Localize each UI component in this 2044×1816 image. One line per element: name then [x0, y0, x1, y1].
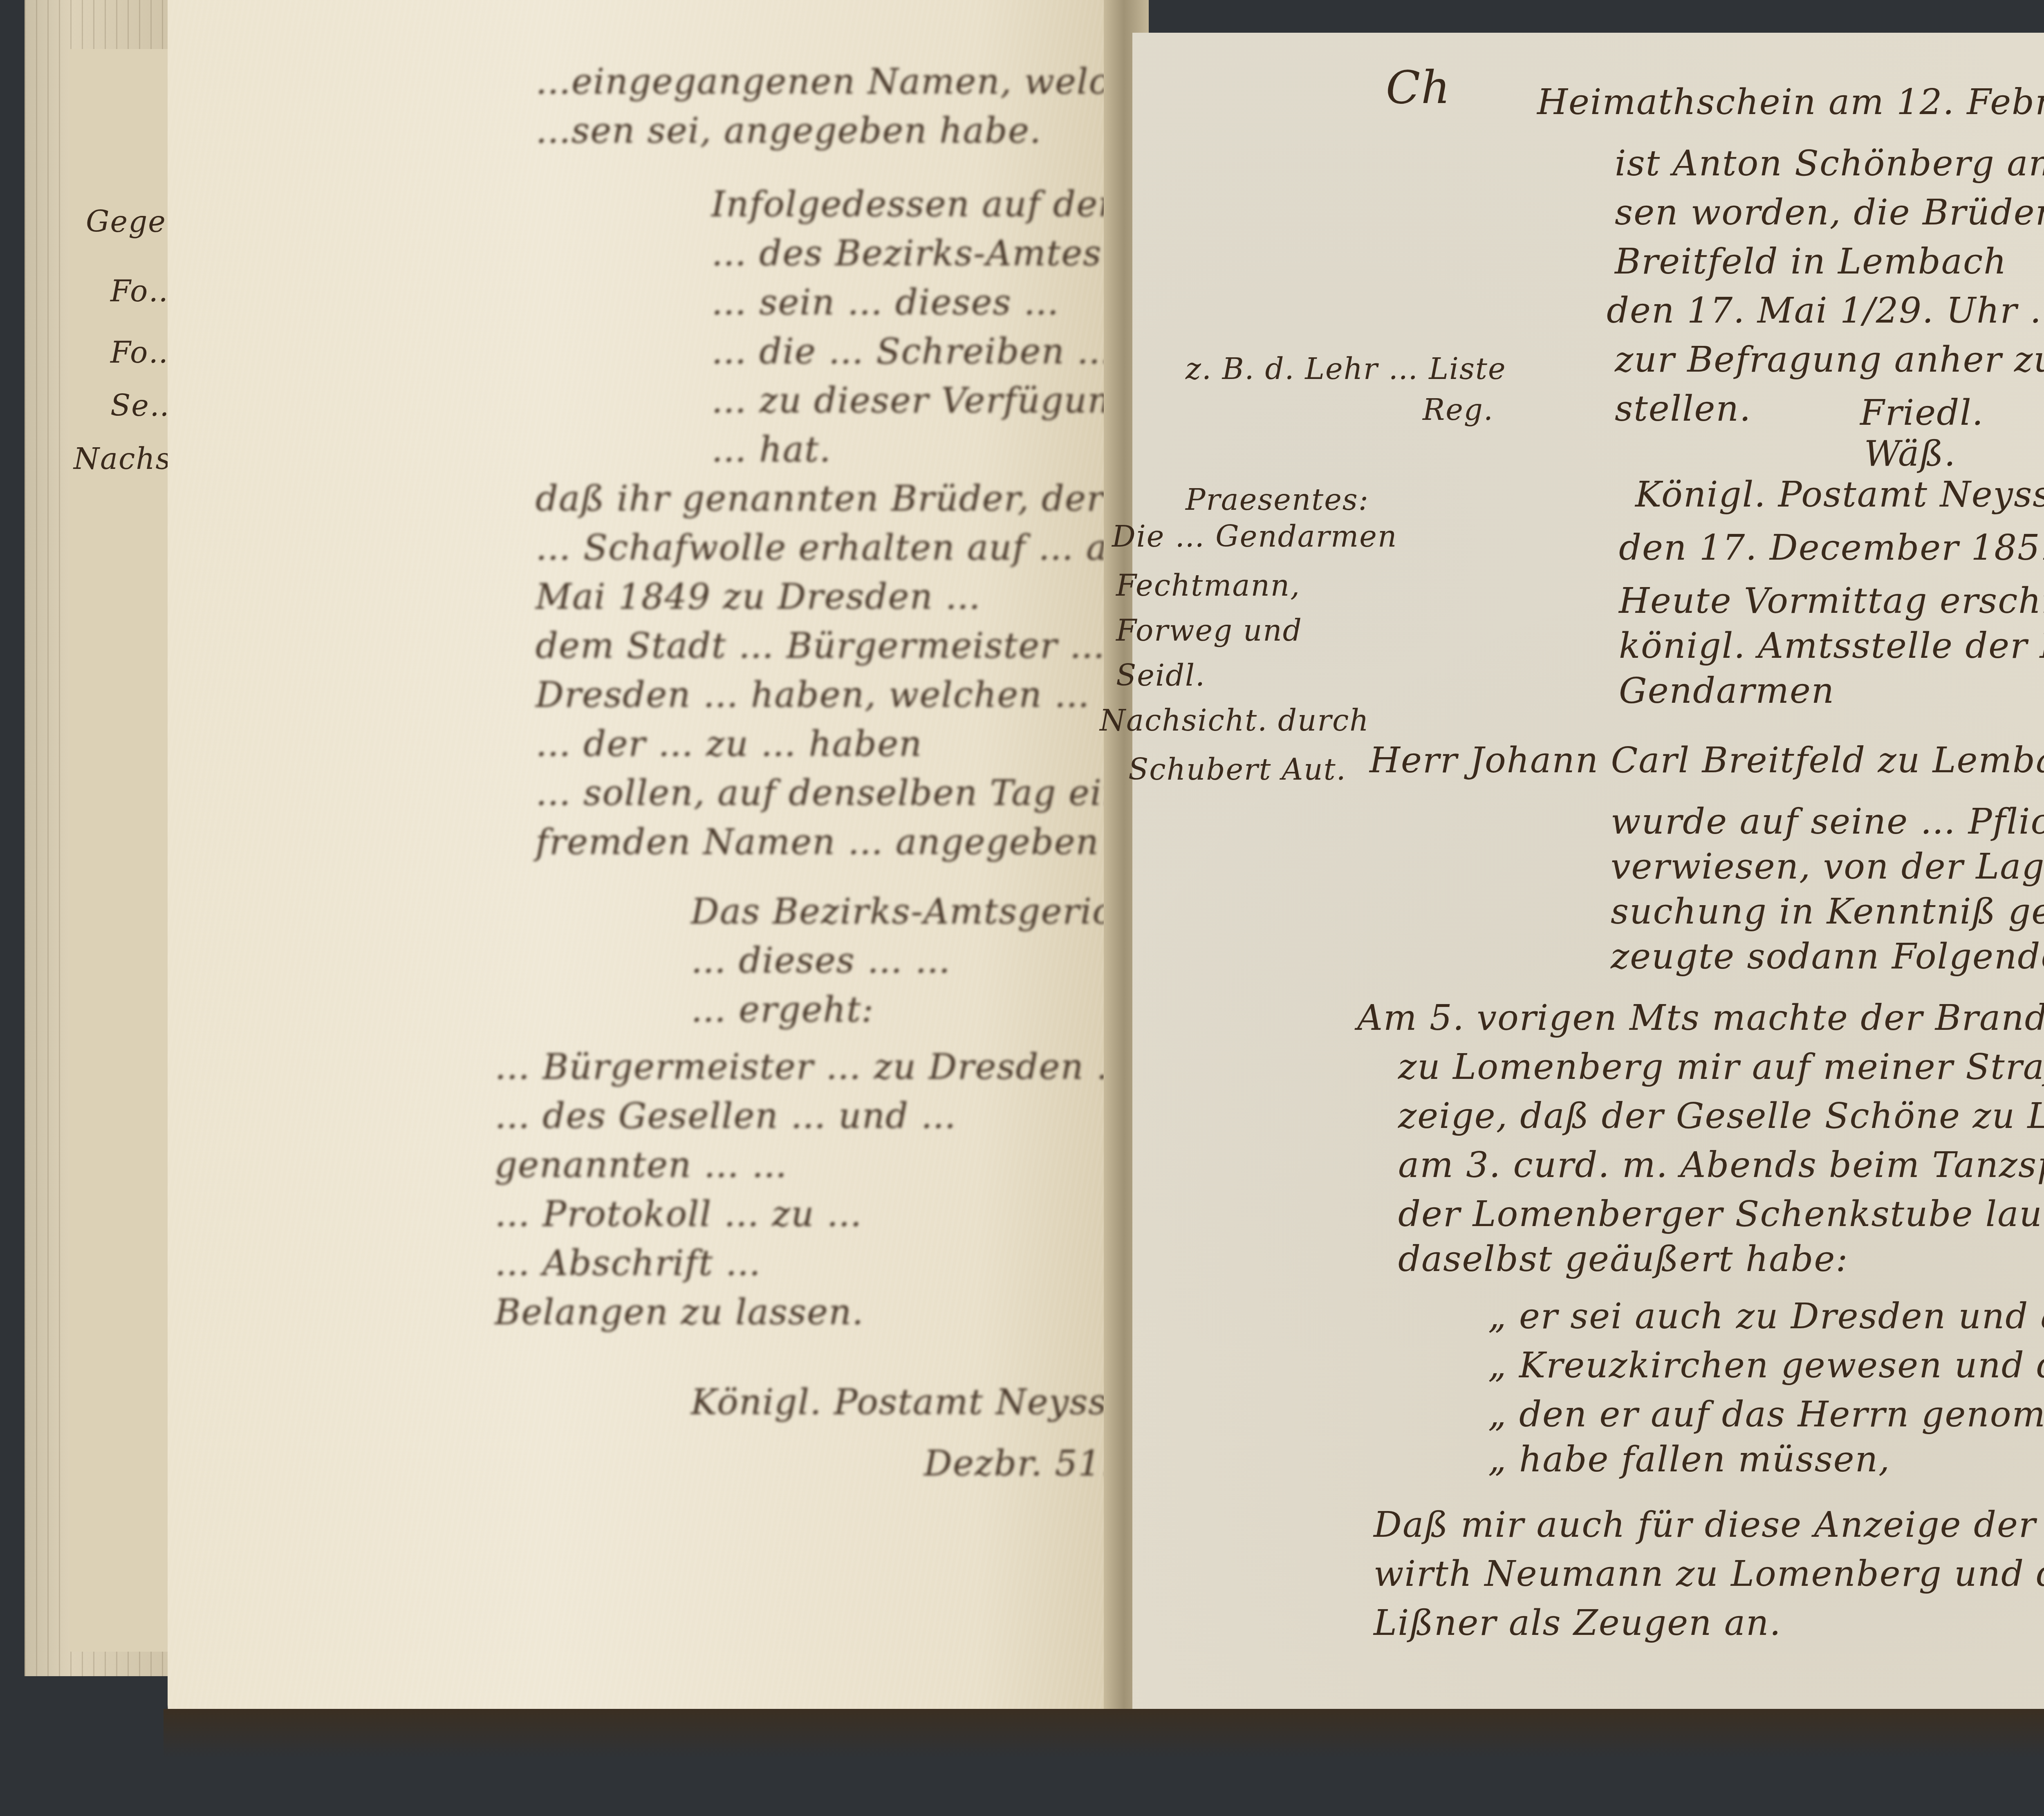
handwritten-line: Königl. Postamt Neysse — [1635, 474, 2044, 515]
handwritten-line: zu Lomenberg mir auf meiner Straße die A… — [1398, 1047, 2044, 1087]
handwritten-line: … dieses … … — [691, 940, 951, 981]
handwritten-line: Heimathschein am 12. Febr: 1851. — [1537, 82, 2044, 123]
handwritten-line: den 17. Mai 1/29. Uhr … — [1607, 290, 2044, 331]
handwritten-line: … Protokoll … zu … — [495, 1194, 863, 1235]
date-line: den 17. December 1851. — [1619, 527, 2044, 568]
handwritten-line: dem Stadt … Bürgermeister … — [536, 626, 1106, 666]
handwritten-line: … sein … dieses … — [711, 282, 1060, 323]
handwritten-line: … Abschrift … — [495, 1243, 762, 1284]
handwritten-line: zeugte sodann Folgendes: — [1611, 936, 2044, 977]
quoted-line: „ Kreuzkirchen gewesen und der Aufst., — [1488, 1345, 2044, 1386]
handwritten-line: Am 5. vorigen Mts machte der Brandenburg… — [1357, 998, 2044, 1038]
handwritten-line: sen worden, die Brüder — [1615, 192, 2044, 233]
handwritten-line: verwiesen, von der Lage dieser Unter- — [1611, 846, 2044, 887]
side-note: Reg. — [1423, 392, 1494, 427]
handwritten-line: … Schafwolle erhalten auf … am … — [536, 527, 1190, 568]
handwritten-line: stellen. — [1615, 388, 1751, 429]
handwritten-line: … die … Schreiben … — [711, 331, 1113, 372]
margin-note: Die … Gendarmen — [1112, 519, 1397, 554]
handwritten-line: Lißner als Zeugen an. — [1374, 1603, 1782, 1643]
handwritten-line: … ergeht: — [691, 989, 874, 1030]
quoted-line: „ er sei auch zu Dresden und auf dem — [1488, 1296, 2044, 1337]
handwritten-line: Herr Johann Carl Breitfeld zu Lembach, — [1369, 740, 2044, 781]
handwritten-line: der Lomenberger Schenkstube laut gegen m… — [1398, 1194, 2044, 1235]
handwritten-line: wirth Neumann zu Lomenberg und der Musik… — [1374, 1554, 2044, 1594]
margin-note: Praesentes: — [1186, 482, 1369, 517]
handwritten-line: Heute Vormittag erschien dahier an — [1619, 581, 2044, 621]
margin-note: Nachsicht. durch — [1100, 703, 1369, 738]
header-mark: Ch — [1386, 61, 1451, 114]
page-bottom-edge — [164, 1709, 2044, 1758]
open-manuscript-book: Gegenw… Fo… Fo… Se… Nachsi… …eingegangen… — [0, 0, 2044, 1816]
handwritten-line: … des Gesellen … und … — [495, 1096, 957, 1137]
handwritten-line: … Bürgermeister … zu Dresden … — [495, 1047, 1132, 1087]
date-line: Dezbr. 51. — [924, 1443, 1113, 1484]
handwritten-line: Mai 1849 zu Dresden … — [536, 576, 981, 617]
handwritten-line: Dresden … haben, welchen … — [536, 675, 1090, 715]
handwritten-line: … der … zu … haben — [536, 724, 922, 765]
handwritten-line: zur Befragung anher zu be- — [1615, 339, 2044, 380]
handwritten-line: daselbst geäußert habe: — [1398, 1239, 1848, 1280]
margin-note: Schubert Aut. — [1128, 752, 1347, 787]
handwritten-line: am 3. curd. m. Abends beim Tanzspielen i… — [1398, 1145, 2044, 1186]
handwritten-line: … sollen, auf denselben Tag einen — [536, 773, 1171, 814]
quoted-line: „ habe fallen müssen, — [1488, 1439, 1890, 1480]
margin-note: Forweg und — [1116, 613, 1302, 648]
margin-note: Fechtmann, — [1116, 568, 1300, 603]
handwritten-line: ist Anton Schönberg angewie- — [1615, 143, 2044, 184]
handwritten-line: Breitfeld in Lembach — [1615, 241, 2007, 282]
handwritten-line: zeige, daß der Geselle Schöne zu Lebenla… — [1398, 1096, 2044, 1137]
side-note: z. B. d. Lehr … Liste — [1186, 352, 1506, 386]
handwritten-line: suchung in Kenntniß gesetzt und be- — [1611, 891, 2044, 932]
signature: Friedl. — [1860, 392, 1984, 433]
signature: Wäß. — [1864, 433, 1956, 474]
handwritten-line: königl. Amtsstelle der Districts- — [1619, 626, 2044, 666]
handwritten-line: wurde auf seine … Pflicht — [1611, 801, 2044, 842]
quoted-line: „ den er auf das Herrn genommen, — [1488, 1394, 2044, 1435]
handwritten-line: Gendarmen — [1619, 670, 1835, 711]
margin-note: Seidl. — [1116, 658, 1206, 693]
handwritten-line: … des Bezirks-Amtes … — [711, 233, 1150, 274]
handwritten-line: … hat. — [711, 429, 831, 470]
handwritten-line: …sen sei, angegeben habe. — [536, 110, 1042, 151]
handwritten-line: Belangen zu lassen. — [495, 1292, 864, 1333]
handwritten-line: genannten … … — [495, 1145, 788, 1186]
handwritten-line: Daß mir auch für diese Anzeige der Gast- — [1374, 1504, 2044, 1545]
left-page: …eingegangenen Namen, welchen ihr früher… — [168, 0, 1120, 1729]
